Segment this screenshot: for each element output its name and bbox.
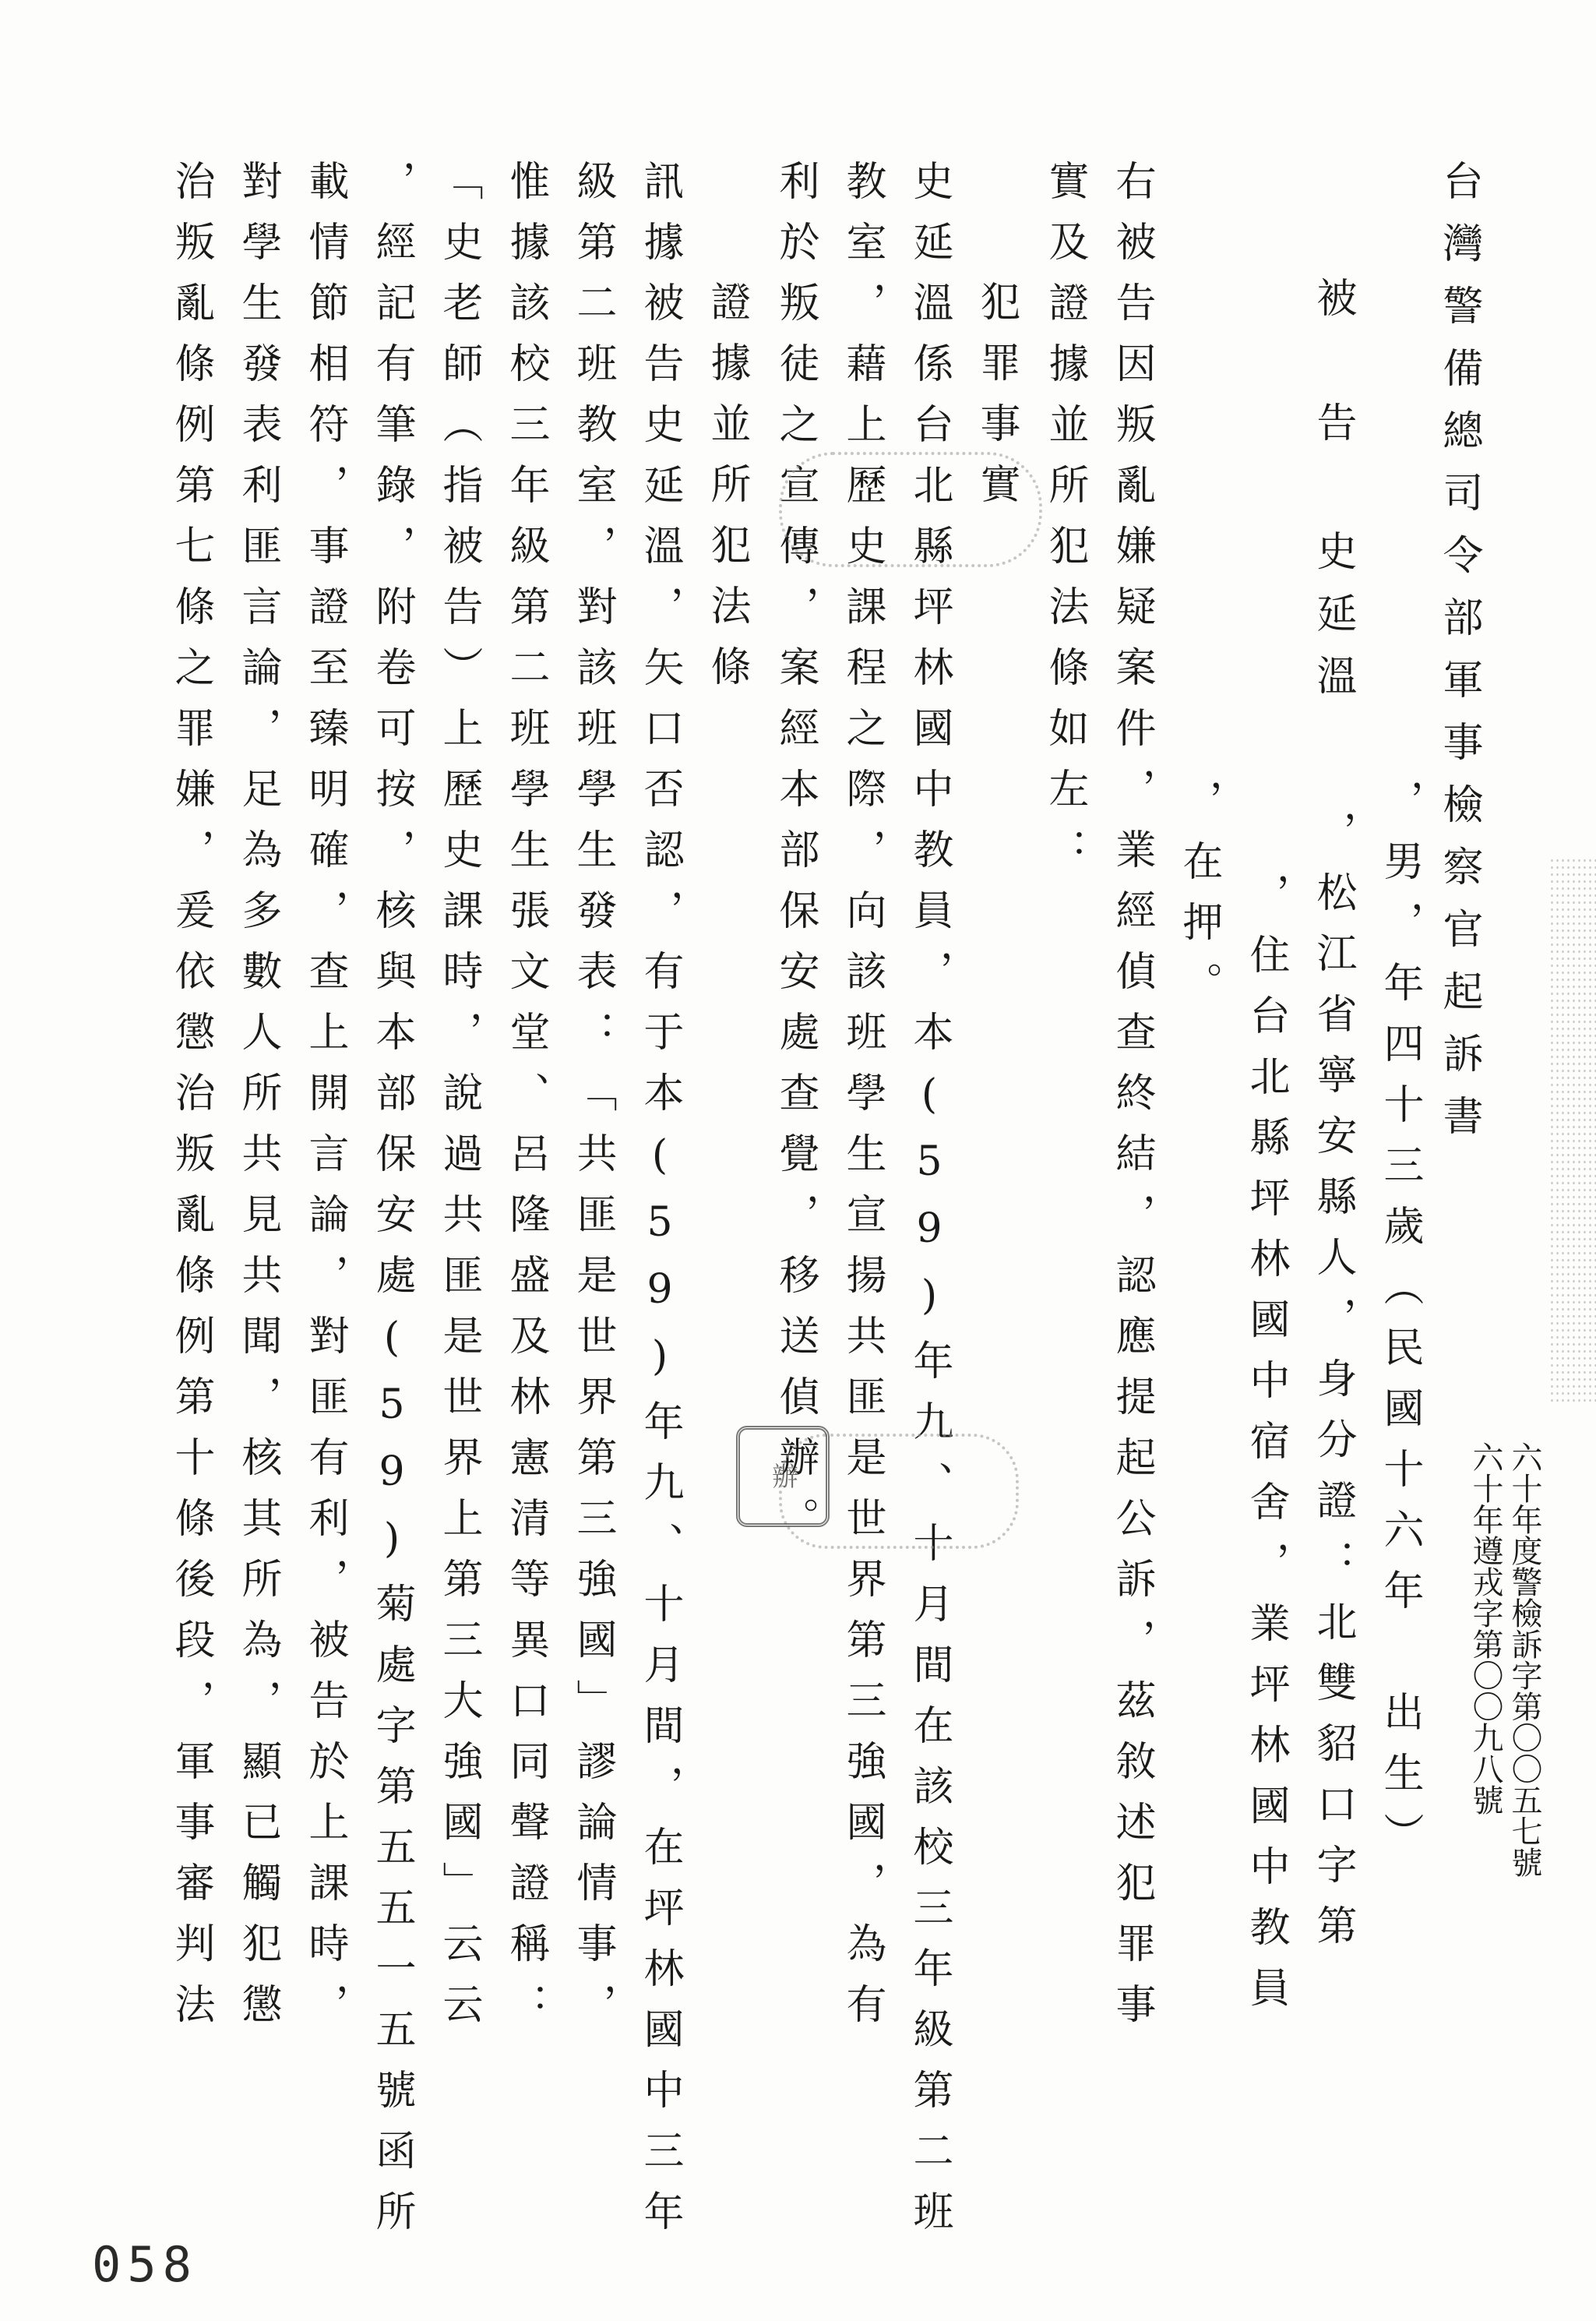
official-seal: 辦	[736, 1426, 830, 1527]
facts-line-1: 史延溫係台北縣坪林國中教員，本(59)年九、十月間在該校三年級第二班	[909, 160, 949, 2251]
defendant-info-line-4: ，在押。	[1179, 779, 1219, 1022]
evidence-line-5: ，經記有筆錄，附卷可按，核與本部保安處(59)菊處字第五五一五號函所	[372, 160, 412, 2251]
intro-line-2: 實及證據並所犯法條如左：	[1045, 160, 1085, 889]
defendant-info-line-3: ，住台北縣坪林國中宿舍，業坪林國中教員	[1245, 873, 1286, 2027]
evidence-line-7: 對學生發表利匪言論，足為多數人所共見共聞，核其所為，顯已觸犯懲	[238, 160, 278, 2044]
evidence-line-6: 載情節相符，事證至臻明確，查上開言論，對匪有利，被告於上課時，	[305, 160, 345, 2044]
evidence-heading: 證據並所犯法條	[706, 280, 747, 706]
case-number-2: 六十年遵戎字第〇〇九八號	[1470, 1441, 1501, 1815]
defendant-label: 被 告	[1312, 277, 1353, 464]
intro-line-1: 右被告因叛亂嫌疑案件，業經偵查終結，認應提起公訴，茲敘述犯罪事	[1112, 160, 1152, 2044]
evidence-line-8: 治叛亂條例第七條之罪嫌，爰依懲治叛亂條例第十條後段，軍事審判法	[171, 160, 211, 2044]
evidence-line-3: 惟據該校三年級第二班學生張文堂、呂隆盛及林憲清等異口同聲證稱：	[506, 160, 546, 2044]
evidence-line-1: 訊據被告史延溫，矢口否認，有于本(59)年九、十月間，在坪林國中三年	[639, 160, 680, 2251]
defendant-info-line-1: ，男，年四十三歲（民國十六年 出生）	[1379, 779, 1420, 1873]
facts-line-3: 利於叛徒之宣傳，案經本部保安處查覺，移送偵辦。	[775, 160, 816, 1557]
defendant-name: 史延溫	[1312, 530, 1353, 717]
facts-heading: 犯罪事實	[976, 280, 1016, 524]
case-number-1: 六十年度警檢訴字第〇〇五七號	[1509, 1441, 1540, 1878]
defendant-info-line-2: ，松江省寧安縣人，身分證：北雙貂口字第	[1312, 810, 1353, 1965]
page-number: 058	[92, 2236, 198, 2293]
facts-line-2: 教室，藉上歷史課程之際，向該班學生宣揚共匪是世界第三強國，為有	[842, 160, 883, 2044]
scanned-document-page: 六十年度警檢訴字第〇〇五七號 六十年遵戎字第〇〇九八號 台灣警備總司令部軍事檢察…	[0, 0, 1596, 2321]
seal-text: 辦	[764, 1462, 802, 1490]
scan-noise	[1549, 857, 1596, 1402]
evidence-line-4: 「史老師（指被告）上歷史課時，說過共匪是世界上第三大強國」云云	[439, 160, 479, 2044]
evidence-line-2: 級第二班教室，對該班學生發表：「共匪是世界第三強國」謬論情事，	[573, 160, 613, 2044]
document-title: 台灣警備總司令部軍事檢察官起訴書	[1439, 160, 1479, 1157]
